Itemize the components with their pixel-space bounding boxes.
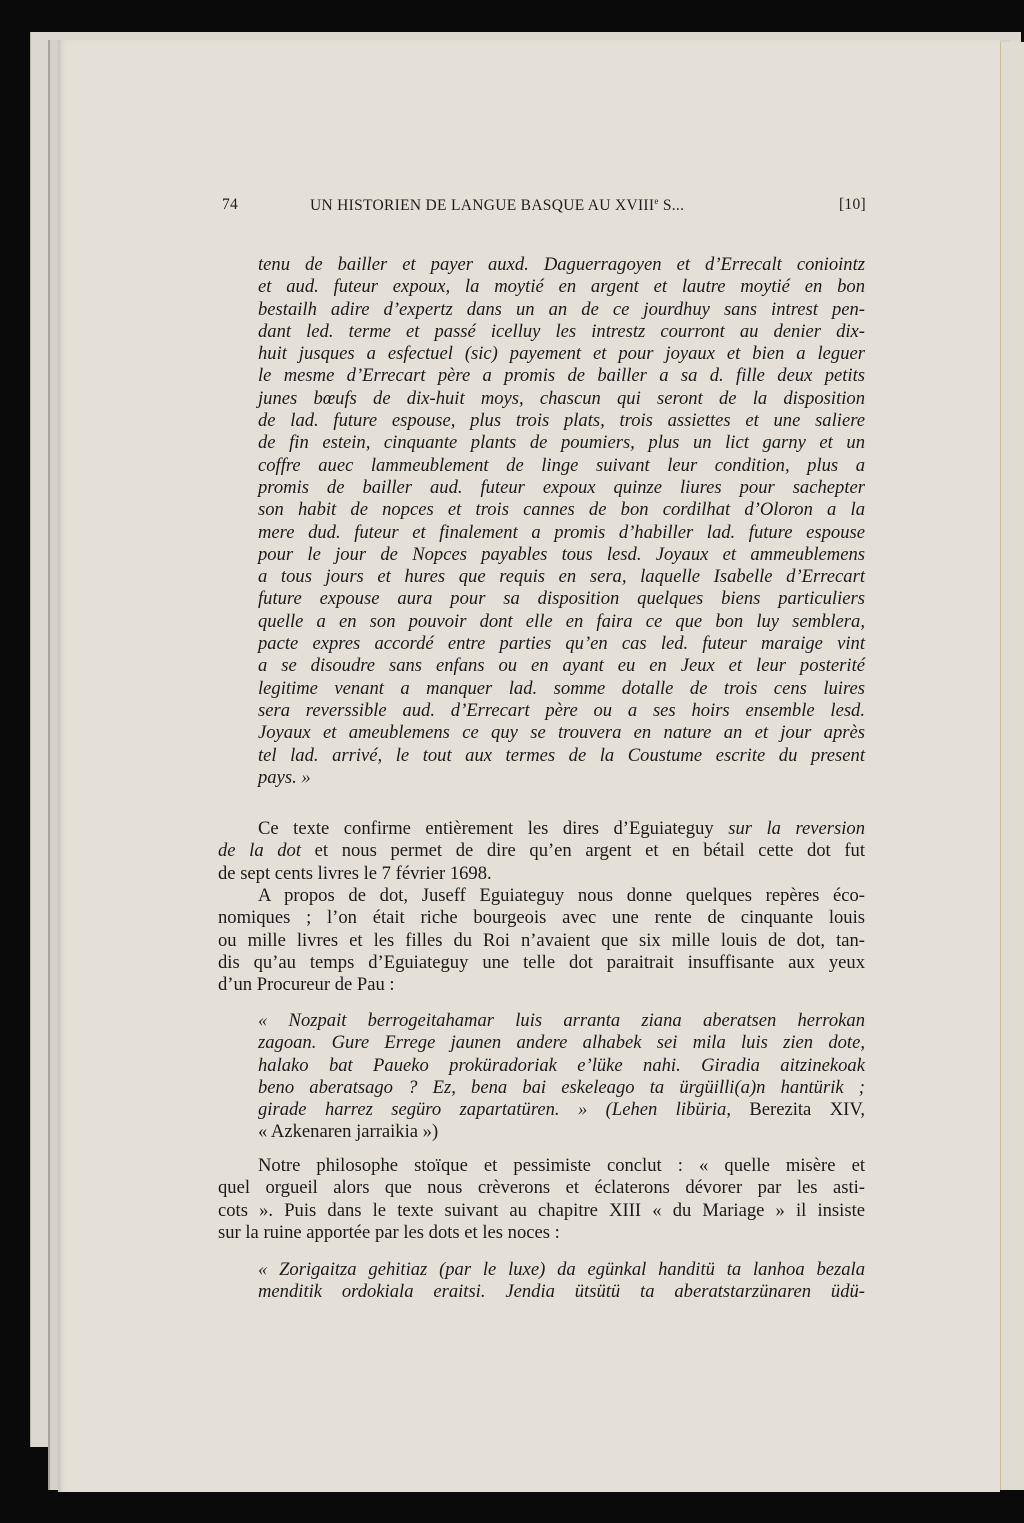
quote-line: quelle a en son pouvoir dont elle en fai… <box>258 611 865 633</box>
quote-line: girade harrez següro zapartatüren. » (Le… <box>258 1099 865 1121</box>
quote-line: promis de bailler aud. futeur expoux qui… <box>258 477 865 499</box>
quote-line: pour le jour de Nopces payables tous les… <box>258 544 865 566</box>
quote-line: future expouse aura pour sa disposition … <box>258 588 865 610</box>
page-number: 74 <box>222 196 238 214</box>
italic-run: sur la reversion <box>728 818 865 839</box>
quote-line: sera reverssible aud. d’Errecart père ou… <box>258 700 865 722</box>
quote-line: mere dud. futeur et finalement a promis … <box>258 522 865 544</box>
paragraph-economics: A propos de dot, Juseff Eguiateguy nous … <box>218 885 865 996</box>
quote-line: menditik ordokiala eraitsi. Jendia ütsüt… <box>258 1281 865 1303</box>
paragraph-line: d’un Procureur de Pau : <box>218 974 865 996</box>
paragraph-line: cots ». Puis dans le texte suivant au ch… <box>218 1200 865 1222</box>
basque-quote-block-2: « Zorigaitza gehitiaz (par le luxe) da e… <box>258 1259 865 1304</box>
quote-line: huit jusques a esfectuel (sic) payement … <box>258 343 865 365</box>
paragraph-line: quel orgueil alors que nous crèverons et… <box>218 1177 865 1199</box>
quote-line: coffre auec lammeublement de linge suiva… <box>258 455 865 477</box>
text-run: Ce texte confirme entièrement les dires … <box>258 818 728 839</box>
paragraph-reversion: Ce texte confirme entièrement les dires … <box>218 818 865 885</box>
quote-line: de lad. future espouse, plus trois plats… <box>258 410 865 432</box>
text-run: , Berezita XIV, <box>726 1099 865 1120</box>
quote-line: a tous jours et hures que requis en sera… <box>258 566 865 588</box>
quote-line: a se disoudre sans enfans ou en ayant eu… <box>258 655 865 677</box>
quote-line: de fin estein, cinquante plants de poumi… <box>258 432 865 454</box>
quote-line: « Azkenaren jarraikia ») <box>258 1121 865 1143</box>
quote-line: le mesme d’Errecart père a promis de bai… <box>258 365 865 387</box>
basque-quote-block: « Nozpait berrogeitahamar luis arranta z… <box>258 1010 865 1144</box>
paragraph-line: nomiques ; l’on était riche bourgeois av… <box>218 907 865 929</box>
quote-line: tenu de bailler et payer auxd. Daguerrag… <box>258 254 865 276</box>
paragraph-line: ou mille livres et les filles du Roi n’a… <box>218 930 865 952</box>
paragraph-line: Notre philosophe stoïque et pessimiste c… <box>218 1155 865 1177</box>
quote-line: pays. » <box>258 767 865 789</box>
quote-line: halako bat Paueko proküradoriak e’lüke n… <box>258 1055 865 1077</box>
quote-line: bestailh adire d’expertz dans un an de c… <box>258 299 865 321</box>
quote-line: zagoan. Gure Errege jaunen andere alhabe… <box>258 1032 865 1054</box>
quote-line: son habit de nopces et trois cannes de b… <box>258 499 865 521</box>
quote-line: dant led. terme et passé icelluy les int… <box>258 321 865 343</box>
paragraph-line: de la dot et nous permet de dire qu’en a… <box>218 840 865 862</box>
quote-line: « Nozpait berrogeitahamar luis arranta z… <box>258 1010 865 1032</box>
paragraph-line: de sept cents livres le 7 février 1698. <box>218 863 865 885</box>
quote-line: pacte expres accordé entre parties qu’en… <box>258 633 865 655</box>
running-head: 74 UN HISTORIEN DE LANGUE BASQUE AU XVII… <box>218 196 866 220</box>
paragraph-line: Ce texte confirme entièrement les dires … <box>218 818 865 840</box>
running-title: UN HISTORIEN DE LANGUE BASQUE AU XVIIIe … <box>310 196 684 215</box>
running-title-suffix: S... <box>659 197 685 214</box>
quote-line: tel lad. arrivé, le tout aux termes de l… <box>258 745 865 767</box>
quote-line: beno aberatsago ? Ez, bena bai eskeleago… <box>258 1077 865 1099</box>
paragraph-line: dis qu’au temps d’Eguiateguy une telle d… <box>218 952 865 974</box>
quote-line: « Zorigaitza gehitiaz (par le luxe) da e… <box>258 1259 865 1281</box>
facing-page-edge <box>1000 42 1024 1490</box>
running-title-text: UN HISTORIEN DE LANGUE BASQUE AU XVIII <box>310 197 654 214</box>
quote-line: junes bœufs de dix-huit moys, chascun qu… <box>258 388 865 410</box>
text-run: et nous permet de dire qu’en argent et e… <box>301 840 865 861</box>
italic-run: girade harrez següro zapartatüren. » (Le… <box>258 1099 726 1120</box>
paragraph-conclusion: Notre philosophe stoïque et pessimiste c… <box>218 1155 865 1244</box>
quote-line: legitime venant a manquer lad. somme dot… <box>258 678 865 700</box>
paragraph-line: A propos de dot, Juseff Eguiateguy nous … <box>218 885 865 907</box>
paragraph-line: sur la ruine apportée par les dots et le… <box>218 1222 865 1244</box>
page-reference: [10] <box>839 196 866 214</box>
quote-line: et aud. futeur expoux, la moytié en arge… <box>258 276 865 298</box>
archival-quote-block: tenu de bailler et payer auxd. Daguerrag… <box>258 254 865 789</box>
quote-line: Joyaux et ameublemens ce quy se trouvera… <box>258 722 865 744</box>
italic-run: de la dot <box>218 840 301 861</box>
